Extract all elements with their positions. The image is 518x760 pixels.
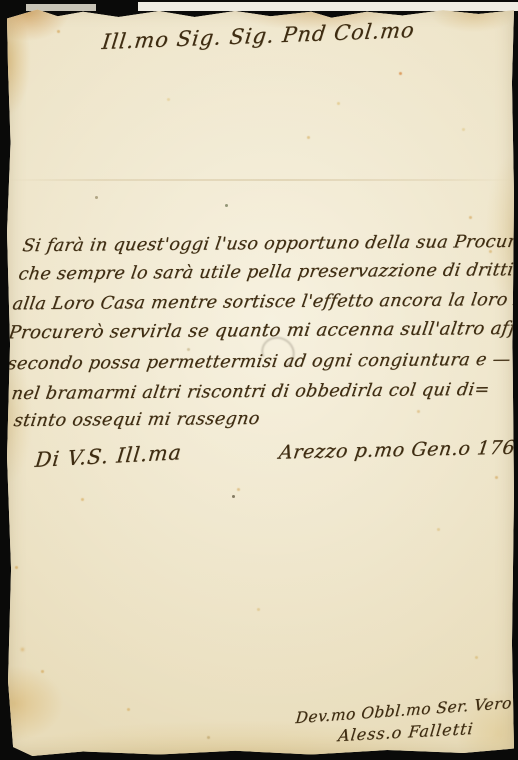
fold-crease [7, 179, 514, 181]
signature-name: Aless.o Falletti [338, 719, 475, 745]
foxing-specks [7, 8, 10, 11]
dateline: Arezzo p.mo Gen.o 1763 [278, 436, 518, 463]
scanned-letter-photo: Ill.mo Sig. Sig. Pnd Col.mo Si farà in q… [0, 0, 518, 760]
body-line-3: alla Loro Casa mentre sortisce l'effetto… [11, 290, 518, 315]
body-line-5: secondo possa permettermisi ad ogni cong… [6, 350, 512, 374]
body-line-7: stinto ossequi mi rassegno [12, 409, 261, 431]
letter-page: Ill.mo Sig. Sig. Pnd Col.mo Si farà in q… [7, 8, 514, 756]
scan-glare [138, 2, 518, 11]
body-line-1: Si farà in quest'oggi l'uso opportuno de… [21, 232, 518, 256]
body-line-6: nel bramarmi altri riscontri di obbedirl… [10, 380, 491, 404]
salutation: Ill.mo Sig. Sig. Pnd Col.mo [101, 18, 417, 54]
body-line-4: Procurerò servirla se quanto mi accenna … [7, 318, 518, 344]
closing-salutation: Di V.S. Ill.ma [34, 440, 183, 472]
body-line-2: che sempre lo sarà utile pella preservaz… [17, 259, 518, 284]
